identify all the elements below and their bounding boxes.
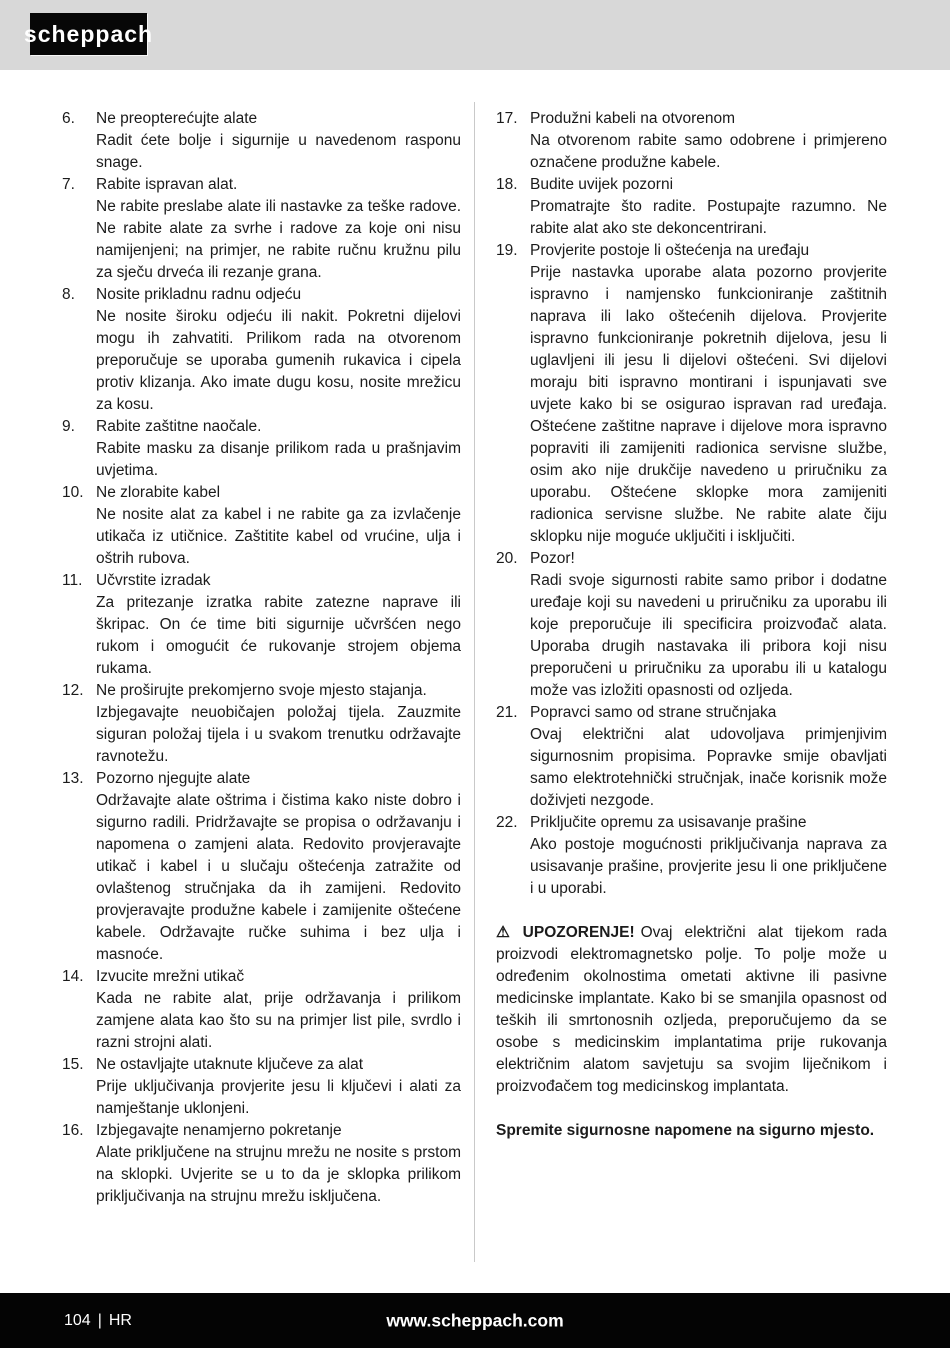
item-body: Ako postoje mogućnosti priključivanja na… (530, 834, 887, 900)
safety-item: 18. Budite uvijek pozorniPromatrajte što… (496, 174, 887, 240)
safety-item: 10. Ne zlorabite kabelNe nosite alat za … (62, 482, 461, 570)
item-number: 13. (62, 768, 96, 790)
item-body: Na otvorenom rabite samo odobrene i prim… (530, 130, 887, 174)
warning-text: Ovaj električni alat tijekom rada proizv… (496, 924, 887, 1095)
safety-item: 20. Pozor!Radi svoje sigurnosti rabite s… (496, 548, 887, 702)
item-number: 10. (62, 482, 96, 504)
warning-triangle-icon: ⚠ (496, 924, 518, 941)
item-body: Ovaj električni alat udovoljava primjenj… (530, 724, 887, 812)
item-number: 14. (62, 966, 96, 988)
item-title: Ne preopterećujte alate (96, 108, 461, 130)
item-title: Nosite prikladnu radnu odjeću (96, 284, 461, 306)
item-title: Pozor! (530, 548, 887, 570)
item-number: 7. (62, 174, 96, 196)
item-number: 8. (62, 284, 96, 306)
item-title: Izvucite mrežni utikač (96, 966, 461, 988)
closing-note: Spremite sigurnosne napomene na sigurno … (496, 1120, 887, 1142)
safety-item: 15. Ne ostavljajte utaknute ključeve za … (62, 1054, 461, 1120)
item-number: 22. (496, 812, 530, 834)
item-title: Priključite opremu za usisavanje prašine (530, 812, 887, 834)
item-number: 20. (496, 548, 530, 570)
item-body: Radi svoje sigurnosti rabite samo pribor… (530, 570, 887, 702)
safety-list-left: 6. Ne preopterećujte alateRadit ćete bol… (62, 108, 461, 1208)
item-body: Radit ćete bolje i sigurnije u navedenom… (96, 130, 461, 174)
item-title: Izbjegavajte nenamjerno pokretanje (96, 1120, 461, 1142)
item-title: Produžni kabeli na otvorenom (530, 108, 887, 130)
safety-item: 16. Izbjegavajte nenamjerno pokretanjeAl… (62, 1120, 461, 1208)
item-number: 21. (496, 702, 530, 724)
item-title: Ne zlorabite kabel (96, 482, 461, 504)
item-title: Učvrstite izradak (96, 570, 461, 592)
item-body: Alate priključene na strujnu mrežu ne no… (96, 1142, 461, 1208)
safety-list-right: 17. Produžni kabeli na otvorenomNa otvor… (496, 108, 887, 1142)
item-title: Budite uvijek pozorni (530, 174, 887, 196)
safety-item: 13. Pozorno njegujte alateOdržavajte ala… (62, 768, 461, 966)
item-title: Pozorno njegujte alate (96, 768, 461, 790)
item-number: 6. (62, 108, 96, 130)
warning-paragraph: ⚠UPOZORENJE!Ovaj električni alat tijekom… (496, 922, 887, 1098)
item-title: Popravci samo od strane stručnjaka (530, 702, 887, 724)
item-body: Održavajte alate oštrima i čistima kako … (96, 790, 461, 966)
item-body: Ne nosite alat za kabel i ne rabite ga z… (96, 504, 461, 570)
item-number: 9. (62, 416, 96, 438)
item-number: 19. (496, 240, 530, 262)
item-body: Ne nosite široku odjeću ili nakit. Pokre… (96, 306, 461, 416)
item-number: 12. (62, 680, 96, 702)
item-number: 11. (62, 570, 96, 592)
safety-item: 6. Ne preopterećujte alateRadit ćete bol… (62, 108, 461, 174)
item-body: Izbjegavajte neuobičajen položaj tijela.… (96, 702, 461, 768)
website-url: www.scheppach.com (0, 1310, 950, 1331)
item-body: Kada ne rabite alat, prije održavanja i … (96, 988, 461, 1054)
item-body: Promatrajte što radite. Postupajte razum… (530, 196, 887, 240)
item-title: Ne proširujte prekomjerno svoje mjesto s… (96, 680, 461, 702)
warning-label: UPOZORENJE! (523, 924, 635, 941)
safety-item: 12. Ne proširujte prekomjerno svoje mjes… (62, 680, 461, 768)
item-body: Ne rabite preslabe alate ili nastavke za… (96, 196, 461, 284)
item-number: 15. (62, 1054, 96, 1076)
header-bar: scheppach (0, 0, 950, 70)
scheppach-logo: scheppach (30, 13, 147, 55)
safety-item: 9. Rabite zaštitne naočale.Rabite masku … (62, 416, 461, 482)
item-body: Za pritezanje izratka rabite zatezne nap… (96, 592, 461, 680)
item-number: 16. (62, 1120, 96, 1142)
safety-item: 14. Izvucite mrežni utikačKada ne rabite… (62, 966, 461, 1054)
safety-item: 17. Produžni kabeli na otvorenomNa otvor… (496, 108, 887, 174)
item-title: Rabite ispravan alat. (96, 174, 461, 196)
footer-bar: 104|HR www.scheppach.com (0, 1293, 950, 1348)
logo-text: scheppach (24, 21, 153, 48)
safety-item: 21. Popravci samo od strane stručnjakaOv… (496, 702, 887, 812)
safety-item: 11. Učvrstite izradakZa pritezanje izrat… (62, 570, 461, 680)
item-title: Rabite zaštitne naočale. (96, 416, 461, 438)
safety-item: 22. Priključite opremu za usisavanje pra… (496, 812, 887, 900)
manual-page: scheppach 6. Ne preopterećujte alateRadi… (0, 0, 950, 1348)
item-title: Ne ostavljajte utaknute ključeve za alat (96, 1054, 461, 1076)
item-body: Rabite masku za disanje prilikom rada u … (96, 438, 461, 482)
item-title: Provjerite postoje li oštećenja na uređa… (530, 240, 887, 262)
item-body: Prije uključivanja provjerite jesu li kl… (96, 1076, 461, 1120)
item-body: Prije nastavka uporabe alata pozorno pro… (530, 262, 887, 548)
item-number: 18. (496, 174, 530, 196)
safety-item: 19. Provjerite postoje li oštećenja na u… (496, 240, 887, 548)
safety-item: 8. Nosite prikladnu radnu odjećuNe nosit… (62, 284, 461, 416)
column-divider (474, 102, 475, 1262)
item-number: 17. (496, 108, 530, 130)
safety-item: 7. Rabite ispravan alat.Ne rabite presla… (62, 174, 461, 284)
